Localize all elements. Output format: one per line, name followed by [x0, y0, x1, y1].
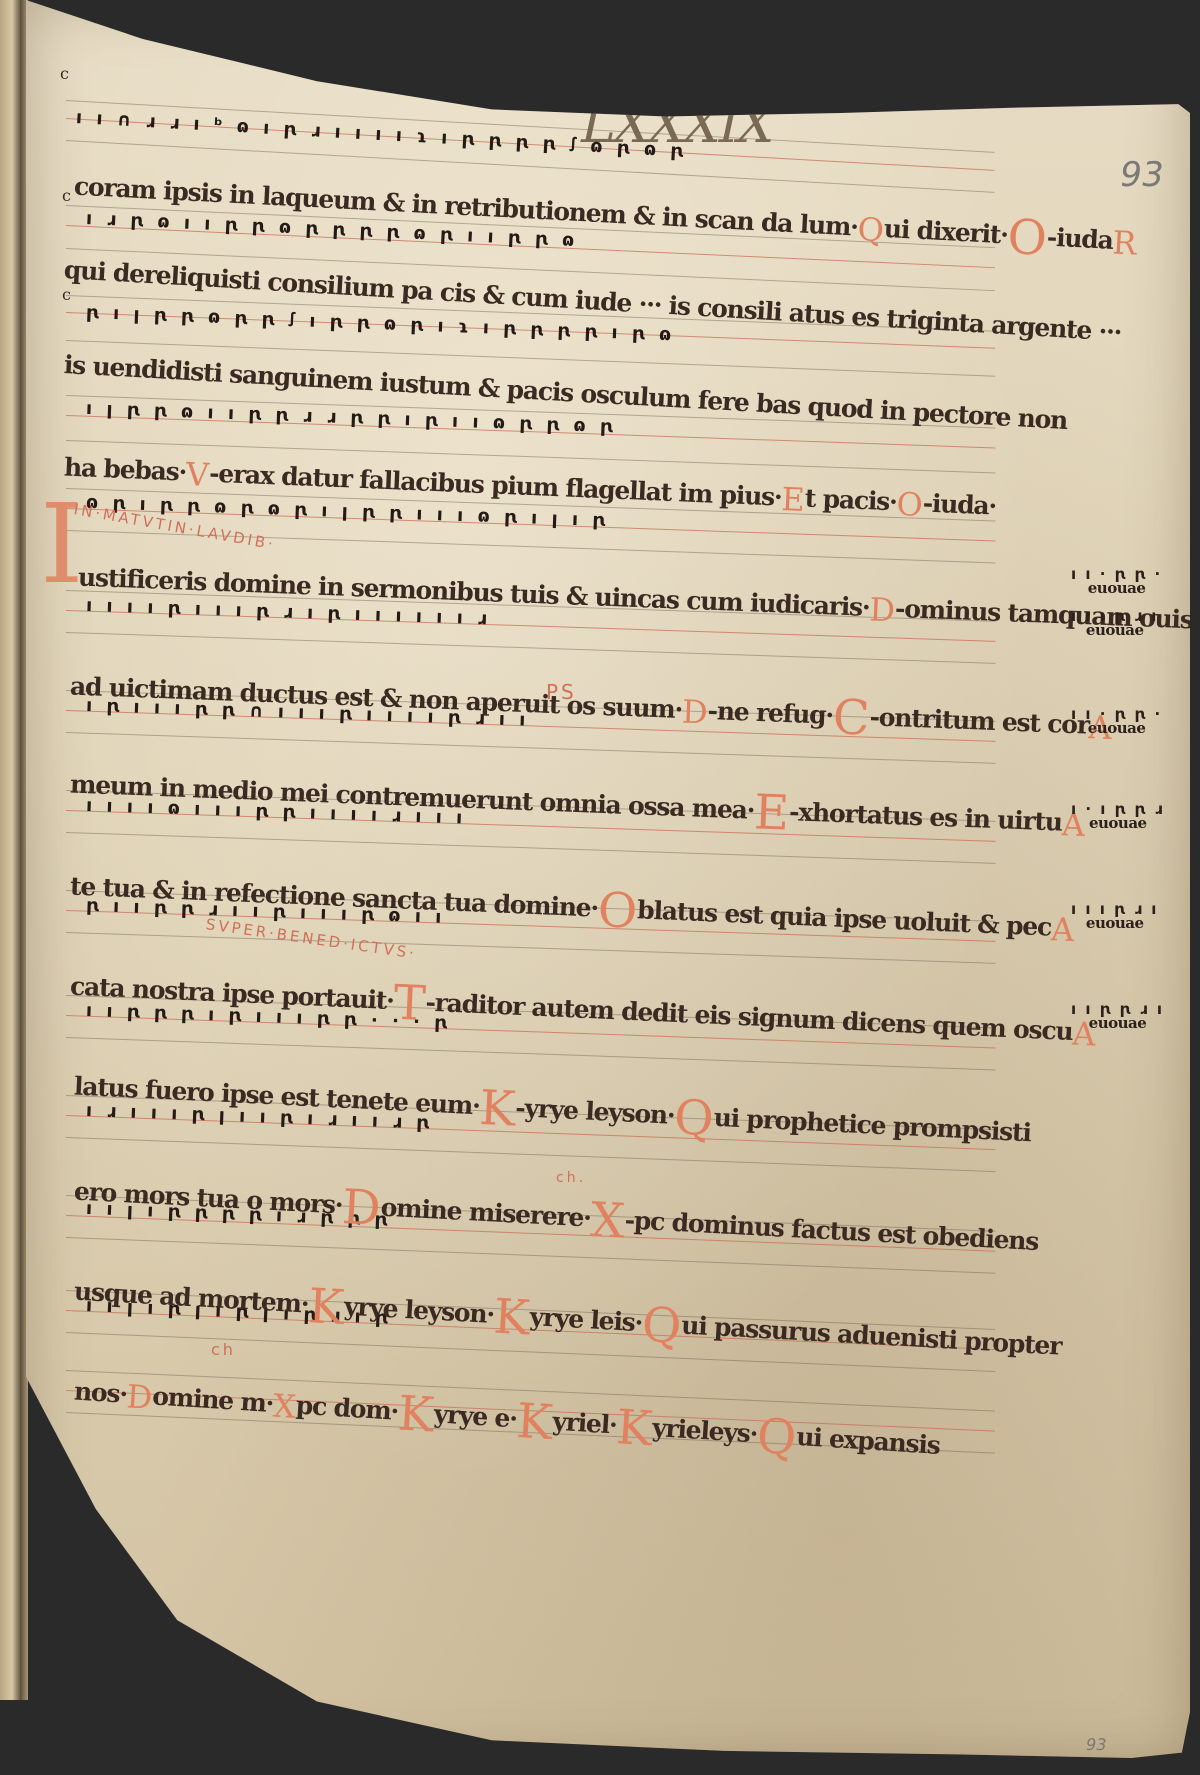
- red-initial: K: [478, 1080, 517, 1138]
- text-segment: t pacis·: [804, 484, 897, 517]
- red-initial: K: [307, 1278, 346, 1336]
- clef-mark: c: [60, 64, 69, 83]
- red-initial: X: [589, 1192, 626, 1250]
- red-initial: X: [272, 1387, 297, 1426]
- text-segment: -pc dominus factus est obediens: [624, 1205, 1039, 1256]
- text-segment: cata nostra ipse portauit·: [69, 972, 394, 1016]
- text-segment: -iuda·: [922, 489, 996, 521]
- red-initial: Q: [755, 1408, 798, 1466]
- text-segment: te tua & in refectione sancta tua domine…: [69, 872, 598, 923]
- text-segment: yrye leyson·: [343, 1292, 494, 1329]
- red-initial: K: [515, 1393, 554, 1451]
- text-segment: yrieleys·: [651, 1413, 758, 1449]
- text-segment: latus fuero ipse est tenete eum·: [73, 1072, 480, 1121]
- margin-cue-euouae: ı · ı ꞃ ꞃ ɹ euouae: [1071, 800, 1165, 832]
- red-initial: E: [753, 784, 790, 841]
- chant-text-line: cata nostra ipse portauit·T-raditor aute…: [69, 960, 1097, 1063]
- red-initial: O: [597, 882, 639, 940]
- red-initial: K: [492, 1289, 531, 1347]
- text-segment: ui prophetice prompsisti: [713, 1103, 1031, 1147]
- red-initial: D: [869, 590, 896, 629]
- red-initial: O: [896, 485, 924, 524]
- text-segment: ui dixerit·: [883, 214, 1008, 249]
- text-segment: yrye leis·: [529, 1302, 643, 1337]
- red-initial: C: [832, 689, 871, 746]
- margin-cue-euouae: ı ı ꞃ ꞃ ɹ ı euouae: [1071, 1000, 1164, 1032]
- text-segment: yriel·: [552, 1407, 618, 1440]
- text-segment: ad uictimam ductus est & non aperuit os …: [70, 672, 683, 724]
- pencil-folio-number-top: 93: [1116, 155, 1166, 195]
- text-segment: blatus est quia ipse uoluit & pec: [637, 895, 1052, 941]
- chant-text-line: latus fuero ipse est tenete eum·K-yrye l…: [73, 1060, 1032, 1163]
- text-segment: ero mors tua o mors·: [73, 1177, 343, 1220]
- text-segment: omine m·: [152, 1381, 275, 1418]
- red-initial: T: [392, 975, 427, 1032]
- rubric-ch: ch.: [556, 1170, 586, 1186]
- red-initial: D: [126, 1377, 154, 1417]
- chant-text-line: usque ad mortem·Kyrye leyson·Kyrye leis·…: [72, 1265, 1062, 1376]
- red-initial: D: [341, 1179, 382, 1237]
- text-segment: -xhortatus es in uirtu: [789, 797, 1063, 836]
- text-segment: -raditor autem dedit eis signum dicens q…: [425, 988, 1073, 1046]
- rubric-ch: ch: [211, 1340, 236, 1359]
- text-segment: meum in medio mei contremuerunt omnia os…: [70, 770, 755, 825]
- text-segment: pc dom·: [295, 1390, 399, 1425]
- text-segment: usque ad mortem·: [73, 1277, 309, 1319]
- margin-cue-euouae: ı ı ı ꞃ ɹ ı euouae: [1071, 607, 1158, 639]
- red-initial: E: [781, 480, 806, 519]
- chant-text-line: meum in medio mei contremuerunt omnia os…: [69, 758, 1086, 853]
- chant-text-line: nos·Domine m·Xpc dom·Kyrye e·Kyriel·Kyri…: [72, 1365, 941, 1475]
- rubric-ps: PS: [546, 680, 577, 704]
- large-initial-I: I: [40, 480, 83, 608]
- red-initial: A: [1192, 603, 1200, 642]
- text-segment: yrye e·: [433, 1399, 518, 1433]
- red-initial: K: [396, 1385, 435, 1443]
- text-segment: omine miserere·: [380, 1193, 591, 1233]
- red-initial: Q: [673, 1089, 715, 1147]
- chant-text-line: ad uictimam ductus est & non aperuit os …: [69, 660, 1113, 756]
- text-segment: ui expansis: [795, 1422, 940, 1460]
- text-segment: -iuda: [1046, 223, 1113, 255]
- clef-mark: c: [62, 285, 71, 304]
- red-initial: Q: [857, 210, 885, 249]
- previous-leaf-edge: [0, 0, 20, 1700]
- margin-cue-euouae: ı ı ı ꞃ ɹ ı euouae: [1071, 900, 1158, 932]
- margin-cue-euouae: ı ı · ꞃ ꞃ · euouae: [1071, 705, 1162, 737]
- clef-mark: c: [62, 186, 71, 205]
- red-initial: K: [615, 1399, 654, 1457]
- red-initial: O: [1006, 209, 1048, 267]
- red-initial: V: [185, 455, 210, 494]
- text-segment: nos·: [73, 1377, 128, 1409]
- manuscript-page: LXXXIX 93 93 c c c ı ı ∩ ɹ ɹ ı ᵇ ɷ ı ꞃ ɹ…: [26, 0, 1190, 1765]
- chant-text-line: te tua & in refectione sancta tua domine…: [69, 860, 1075, 958]
- red-initial: Q: [640, 1297, 682, 1355]
- margin-cue-euouae: ı ı · ꞃ ꞃ · euouae: [1071, 565, 1162, 597]
- pencil-folio-number-bottom: 93: [1084, 1735, 1108, 1754]
- red-initial: D: [681, 693, 708, 732]
- text-segment: ui passurus aduenisti propter: [681, 1310, 1062, 1360]
- text-segment: -ontritum est cor: [869, 702, 1089, 739]
- red-initial: R: [1112, 223, 1138, 262]
- text-segment: -ne refug·: [707, 696, 833, 730]
- text-segment: -yrye leyson·: [515, 1093, 675, 1130]
